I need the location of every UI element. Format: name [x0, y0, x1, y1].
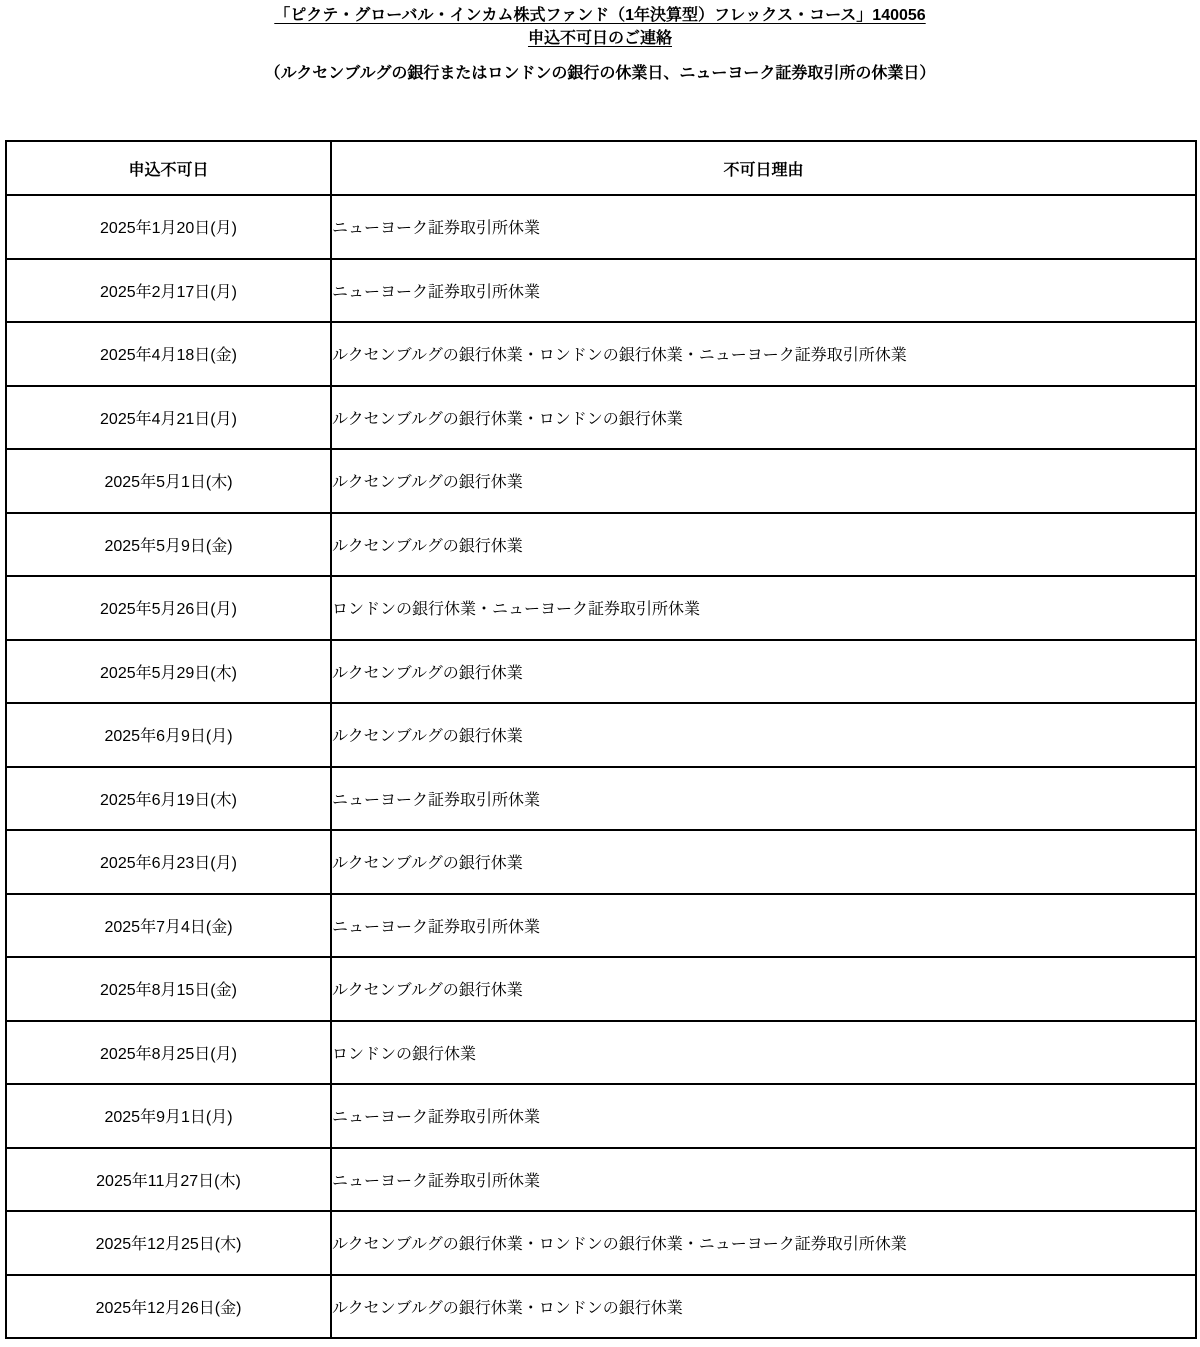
date-cell: 2025年5月26日(月): [6, 576, 331, 640]
table-row: 2025年1月20日(月) ニューヨーク証券取引所休業: [6, 195, 1196, 259]
date-cell: 2025年7月4日(金): [6, 894, 331, 958]
reason-cell: ルクセンブルグの銀行休業・ロンドンの銀行休業・ニューヨーク証券取引所休業: [331, 1211, 1196, 1275]
table-row: 2025年6月9日(月) ルクセンブルグの銀行休業: [6, 703, 1196, 767]
table-header-reason: 不可日理由: [331, 141, 1196, 195]
date-cell: 2025年8月15日(金): [6, 957, 331, 1021]
document-title-line2-text: 申込不可日のご連絡: [528, 30, 672, 47]
table-row: 2025年6月19日(木) ニューヨーク証券取引所休業: [6, 767, 1196, 831]
reason-cell: ニューヨーク証券取引所休業: [331, 195, 1196, 259]
date-cell: 2025年12月26日(金): [6, 1275, 331, 1339]
reason-cell: ニューヨーク証券取引所休業: [331, 894, 1196, 958]
table-row: 2025年7月4日(金) ニューヨーク証券取引所休業: [6, 894, 1196, 958]
document-header: 「ピクテ・グローバル・インカム株式ファンド（1年決算型）フレックス・コース」14…: [0, 4, 1200, 84]
reason-cell: ルクセンブルグの銀行休業: [331, 830, 1196, 894]
reason-cell: ロンドンの銀行休業: [331, 1021, 1196, 1085]
reason-cell: ルクセンブルグの銀行休業・ロンドンの銀行休業: [331, 386, 1196, 450]
document-title-line1-text: 「ピクテ・グローバル・インカム株式ファンド（1年決算型）フレックス・コース」14…: [274, 7, 925, 24]
table-row: 2025年2月17日(月) ニューヨーク証券取引所休業: [6, 259, 1196, 323]
holiday-table: 申込不可日 不可日理由 2025年1月20日(月) ニューヨーク証券取引所休業 …: [5, 140, 1197, 1339]
table-row: 2025年9月1日(月) ニューヨーク証券取引所休業: [6, 1084, 1196, 1148]
table-row: 2025年8月25日(月) ロンドンの銀行休業: [6, 1021, 1196, 1085]
reason-cell: ルクセンブルグの銀行休業・ロンドンの銀行休業: [331, 1275, 1196, 1339]
reason-cell: ニューヨーク証券取引所休業: [331, 1084, 1196, 1148]
table-row: 2025年5月9日(金) ルクセンブルグの銀行休業: [6, 513, 1196, 577]
date-cell: 2025年1月20日(月): [6, 195, 331, 259]
table-row: 2025年5月29日(木) ルクセンブルグの銀行休業: [6, 640, 1196, 704]
document-title-line1: 「ピクテ・グローバル・インカム株式ファンド（1年決算型）フレックス・コース」14…: [0, 4, 1200, 27]
table-row: 2025年5月1日(木) ルクセンブルグの銀行休業: [6, 449, 1196, 513]
document-title-line2: 申込不可日のご連絡: [0, 27, 1200, 50]
date-cell: 2025年6月9日(月): [6, 703, 331, 767]
reason-cell: ニューヨーク証券取引所休業: [331, 767, 1196, 831]
date-cell: 2025年5月29日(木): [6, 640, 331, 704]
date-cell: 2025年12月25日(木): [6, 1211, 331, 1275]
date-cell: 2025年4月18日(金): [6, 322, 331, 386]
date-cell: 2025年6月23日(月): [6, 830, 331, 894]
table-row: 2025年4月21日(月) ルクセンブルグの銀行休業・ロンドンの銀行休業: [6, 386, 1196, 450]
date-cell: 2025年5月9日(金): [6, 513, 331, 577]
document-page: 「ピクテ・グローバル・インカム株式ファンド（1年決算型）フレックス・コース」14…: [0, 0, 1200, 1347]
reason-cell: ルクセンブルグの銀行休業: [331, 957, 1196, 1021]
table-row: 2025年12月25日(木) ルクセンブルグの銀行休業・ロンドンの銀行休業・ニュ…: [6, 1211, 1196, 1275]
document-subtitle: （ルクセンブルグの銀行またはロンドンの銀行の休業日、ニューヨーク証券取引所の休業…: [0, 64, 1200, 84]
table-row: 2025年4月18日(金) ルクセンブルグの銀行休業・ロンドンの銀行休業・ニュー…: [6, 322, 1196, 386]
reason-cell: ルクセンブルグの銀行休業・ロンドンの銀行休業・ニューヨーク証券取引所休業: [331, 322, 1196, 386]
date-cell: 2025年6月19日(木): [6, 767, 331, 831]
table-header-row: 申込不可日 不可日理由: [6, 141, 1196, 195]
reason-cell: ルクセンブルグの銀行休業: [331, 449, 1196, 513]
table-row: 2025年5月26日(月) ロンドンの銀行休業・ニューヨーク証券取引所休業: [6, 576, 1196, 640]
date-cell: 2025年2月17日(月): [6, 259, 331, 323]
reason-cell: ルクセンブルグの銀行休業: [331, 640, 1196, 704]
table-row: 2025年8月15日(金) ルクセンブルグの銀行休業: [6, 957, 1196, 1021]
date-cell: 2025年5月1日(木): [6, 449, 331, 513]
table-header-date: 申込不可日: [6, 141, 331, 195]
reason-cell: ニューヨーク証券取引所休業: [331, 1148, 1196, 1212]
reason-cell: ルクセンブルグの銀行休業: [331, 703, 1196, 767]
date-cell: 2025年11月27日(木): [6, 1148, 331, 1212]
table-row: 2025年12月26日(金) ルクセンブルグの銀行休業・ロンドンの銀行休業: [6, 1275, 1196, 1339]
reason-cell: ロンドンの銀行休業・ニューヨーク証券取引所休業: [331, 576, 1196, 640]
date-cell: 2025年8月25日(月): [6, 1021, 331, 1085]
reason-cell: ニューヨーク証券取引所休業: [331, 259, 1196, 323]
reason-cell: ルクセンブルグの銀行休業: [331, 513, 1196, 577]
date-cell: 2025年9月1日(月): [6, 1084, 331, 1148]
date-cell: 2025年4月21日(月): [6, 386, 331, 450]
table-row: 2025年11月27日(木) ニューヨーク証券取引所休業: [6, 1148, 1196, 1212]
table-row: 2025年6月23日(月) ルクセンブルグの銀行休業: [6, 830, 1196, 894]
